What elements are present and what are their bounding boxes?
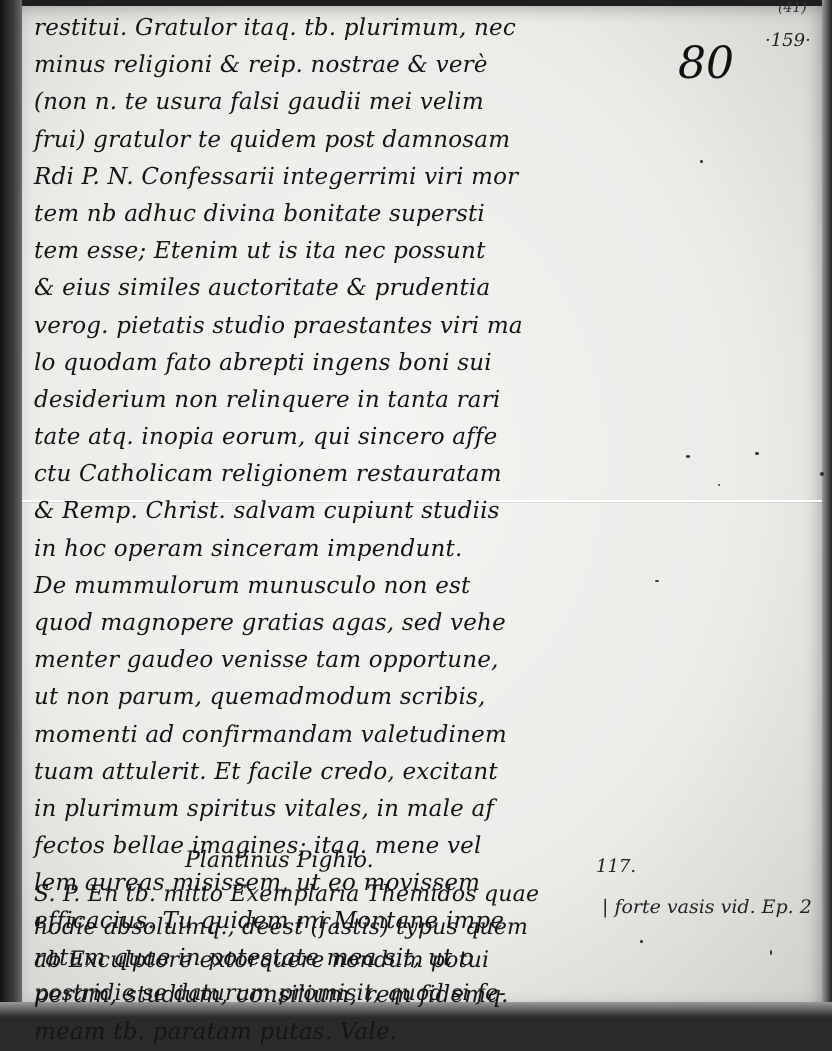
manuscript-line: postridie se daturum promisit, quod si f…: [34, 977, 634, 1010]
manuscript-line: ab Exculptore extorquere nondum potui: [34, 944, 634, 977]
manuscript-line: tuam attulerit. Et facile credo, excitan…: [34, 754, 634, 791]
folio-number: 80: [678, 38, 734, 89]
manuscript-line: ut non parum, quemadmodum scribis,: [34, 679, 634, 716]
letter-signature: Plantinus Pighio.: [185, 848, 374, 873]
manuscript-line: Rdi P. N. Confessarii integerrimi viri m…: [34, 159, 634, 196]
ink-speck: [755, 452, 759, 455]
manuscript-line: verog. pietatis studio praestantes viri …: [34, 308, 634, 345]
manuscript-line: meam tb. paratam putas. Vale.: [34, 1014, 634, 1024]
margin-annotation: | forte vasis vid. Ep. 2: [602, 896, 812, 918]
manuscript-line: restitui. Gratulor itaq. tb. plurimum, n…: [34, 10, 634, 47]
archive-number: ·159·: [765, 30, 811, 51]
scan-right-edge: [822, 0, 832, 1024]
manuscript-line: quod magnopere gratias agas, sed vehe: [34, 605, 634, 642]
manuscript-line: & eius similes auctoritate & prudentia: [34, 270, 634, 307]
manuscript-line: ctu Catholicam religionem restauratam: [34, 456, 634, 493]
manuscript-line: lo quodam fato abrepti ingens boni sui: [34, 345, 634, 382]
manuscript-line: in plurimum spiritus vitales, in male af: [34, 791, 634, 828]
manuscript-line: & Remp. Christ. salvam cupiunt studiis: [34, 493, 634, 530]
ink-speck: [700, 160, 703, 163]
ink-speck: [640, 940, 643, 943]
next-letter-body: S. P. En tb. mitto Exemplaria Themidos q…: [34, 878, 634, 1010]
next-letter-number: 117.: [596, 856, 636, 877]
manuscript-line: in hoc operam sinceram impendunt.: [34, 531, 634, 568]
manuscript-line: De mummulorum munusculo non est: [34, 568, 634, 605]
scan-left-edge: [0, 0, 22, 1024]
ink-speck: [718, 484, 720, 486]
manuscript-line: (non n. te usura falsi gaudii mei velim: [34, 84, 634, 121]
manuscript-line: minus religioni & reip. nostrae & verè: [34, 47, 634, 84]
manuscript-line: desiderium non relinquere in tanta rari: [34, 382, 634, 419]
manuscript-scan: (41) ·159· 80 restitui. Gratulor itaq. t…: [0, 0, 832, 1024]
manuscript-line: momenti ad confirmandam valetudinem: [34, 717, 634, 754]
archive-number-top: (41): [778, 0, 807, 16]
manuscript-line: hodie absoluimq., deest (fastis) typus q…: [34, 911, 634, 944]
ink-speck: [820, 472, 824, 476]
manuscript-line: tem nb adhuc divina bonitate supersti: [34, 196, 634, 233]
ink-speck: [686, 455, 690, 458]
ink-speck: [770, 950, 772, 955]
manuscript-line: frui) gratulor te quidem post damnosam: [34, 122, 634, 159]
manuscript-line: tem esse; Etenim ut is ita nec possunt: [34, 233, 634, 270]
ink-speck: [655, 580, 659, 582]
manuscript-line: S. P. En tb. mitto Exemplaria Themidos q…: [34, 878, 634, 911]
manuscript-line: menter gaudeo venisse tam opportune,: [34, 642, 634, 679]
manuscript-line: tate atq. inopia eorum, qui sincero affe: [34, 419, 634, 456]
